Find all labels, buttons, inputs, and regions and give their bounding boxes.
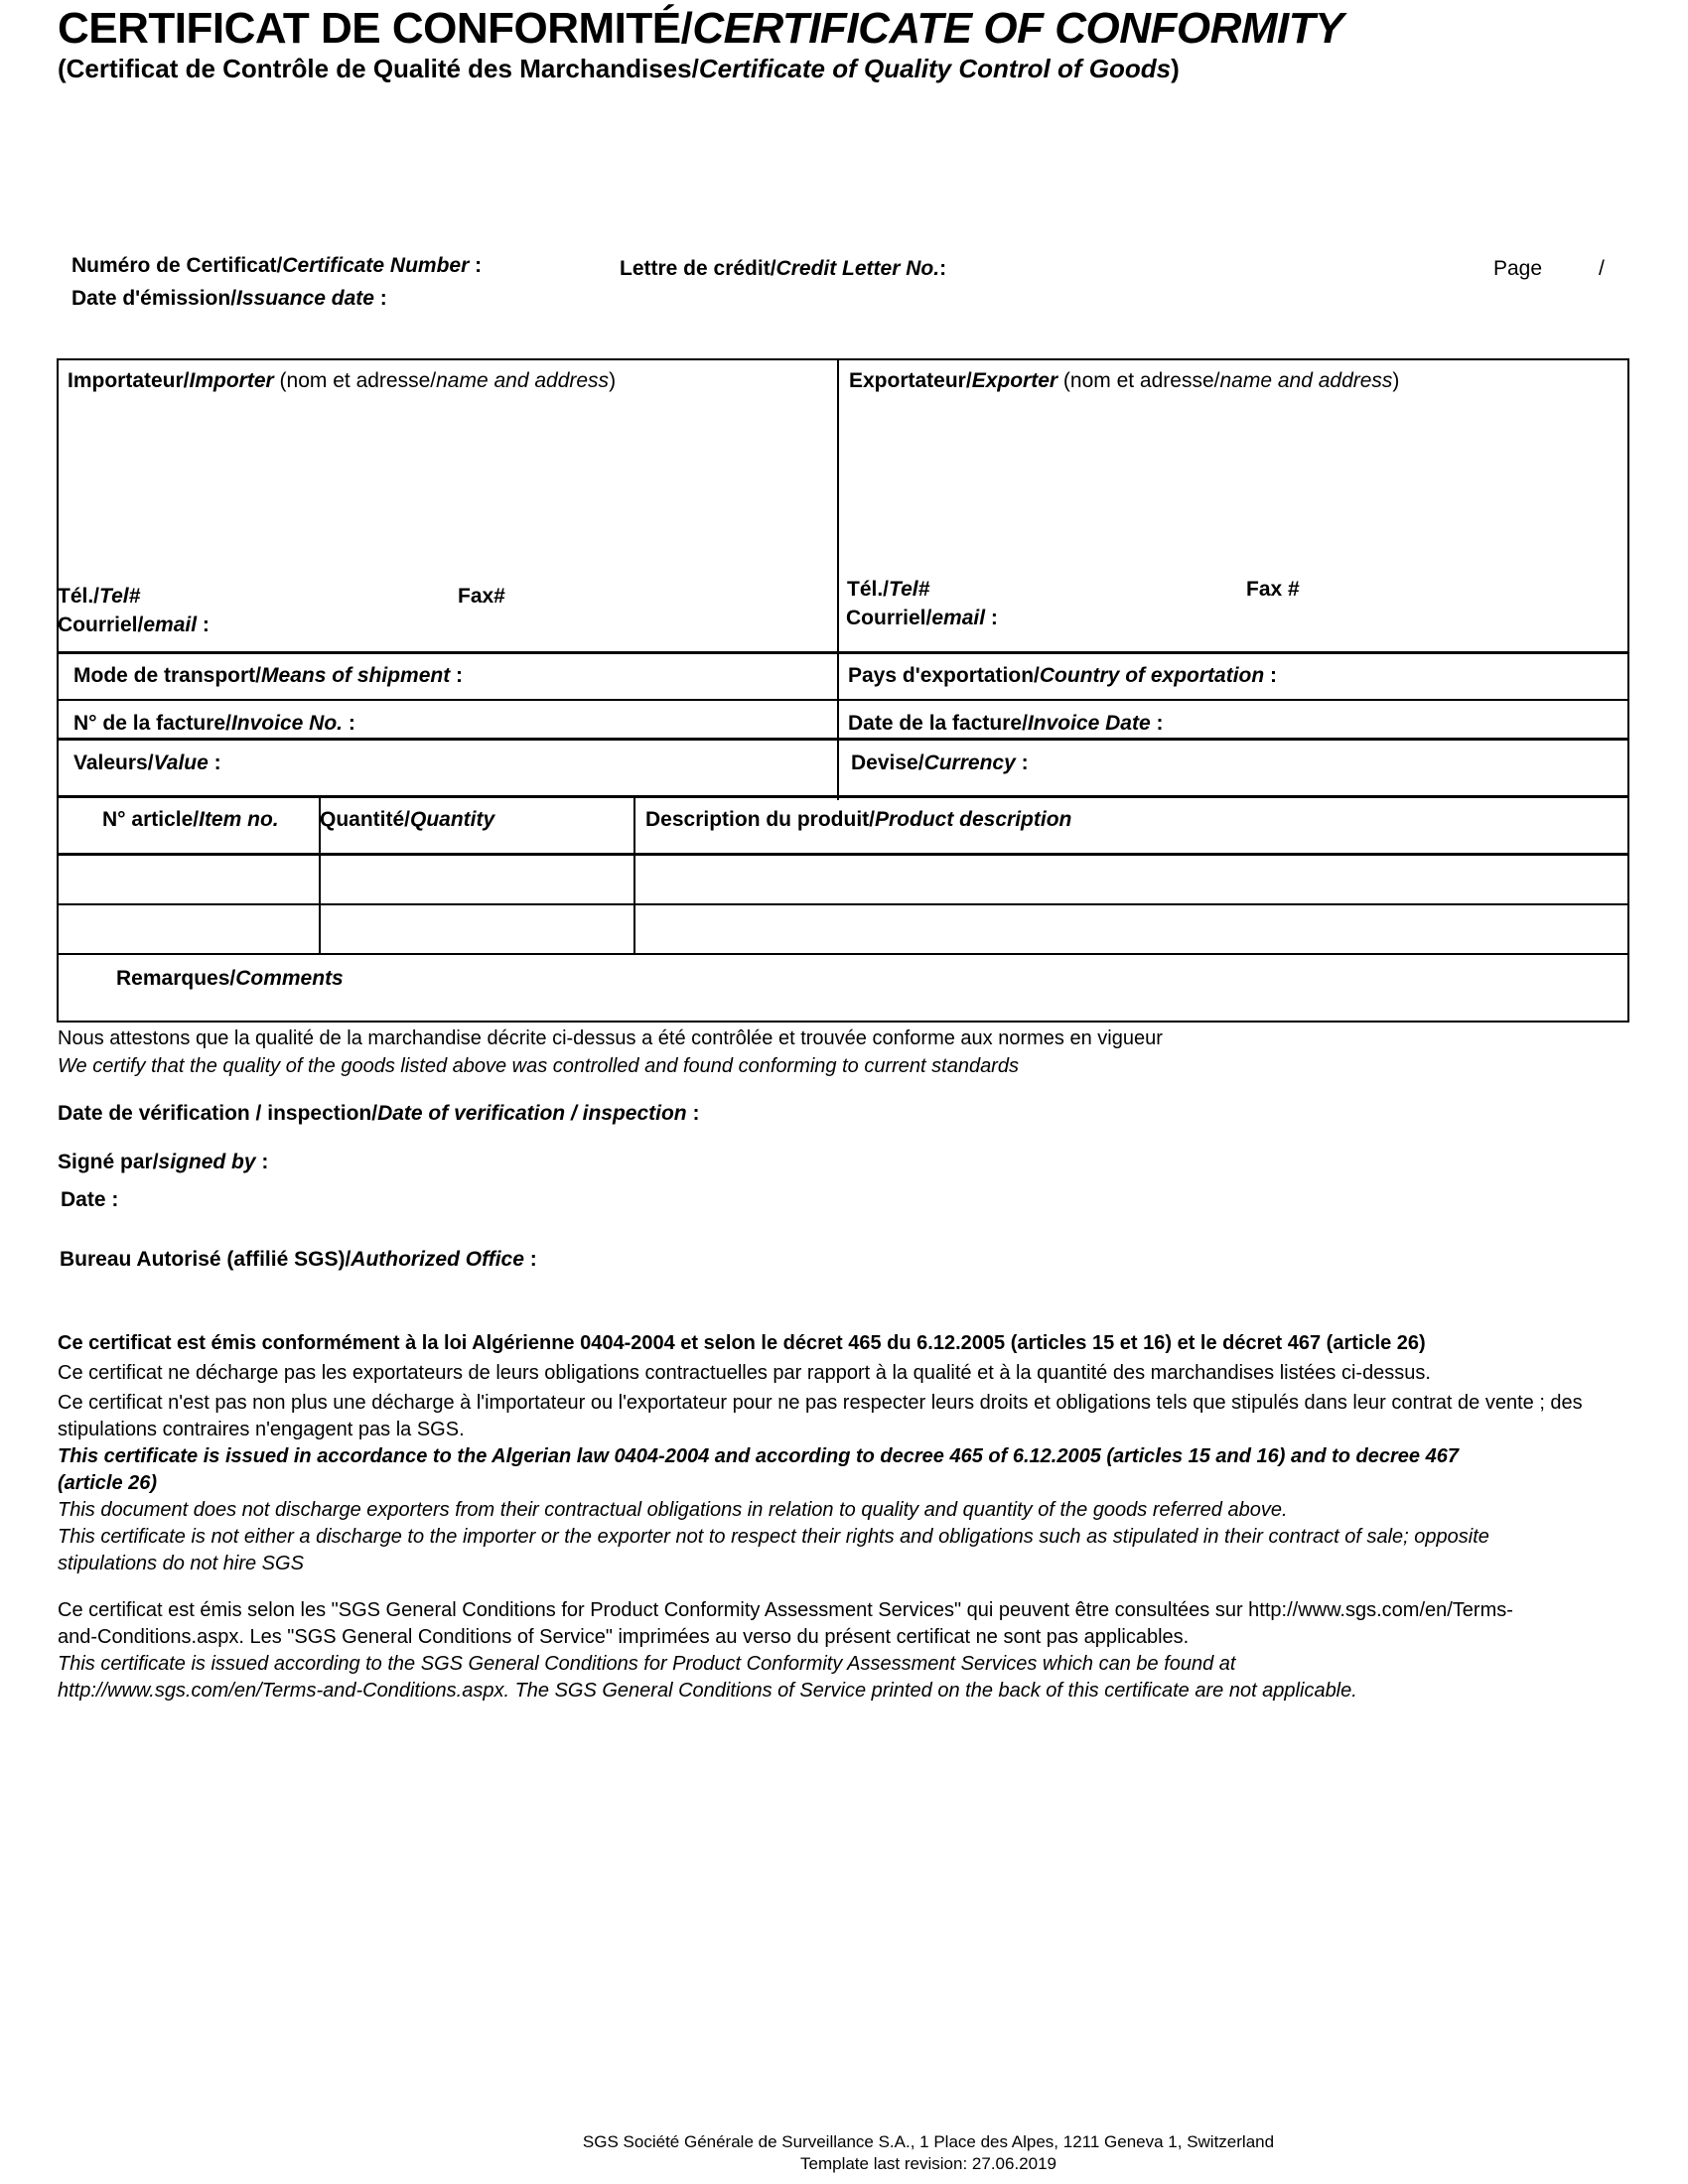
legal-paragraph-en-law: This certificate is issued in accordance… [58,1443,1487,1497]
comments-field[interactable]: Remarques/Comments [116,967,344,991]
currency-field[interactable]: Devise/Currency : [851,751,1029,775]
colon: : [985,607,998,629]
credit-letter-field[interactable]: Lettre de crédit/Credit Letter No.: [620,257,946,281]
email-label-fr: Courriel/ [58,614,143,636]
issuance-date-label-en: Issuance date [236,287,374,310]
office-label-fr: Bureau Autorisé (affilié SGS)/ [60,1248,351,1271]
divider [57,651,1629,654]
footer-address: SGS Société Générale de Surveillance S.A… [0,2132,1688,2152]
invoice-number-label-en: Invoice No. [231,712,343,735]
importer-fax-field[interactable]: Fax# [458,585,505,609]
colon: : [469,254,482,277]
page-separator: / [1599,257,1605,281]
colon: : [374,287,387,310]
attestation-french: Nous attestons que la qualité de la marc… [58,1027,1163,1050]
divider [57,699,1629,701]
country-of-exportation-field[interactable]: Pays d'exportation/Country of exportatio… [848,664,1277,688]
value-label-fr: Valeurs/ [73,751,154,774]
invoice-date-label-fr: Date de la facture/ [848,712,1028,735]
table-cell-quantity[interactable] [321,905,633,952]
divider [57,738,1629,741]
quantity-label-fr: Quantité/ [320,808,410,831]
colon: : [524,1248,537,1271]
colon: : [1016,751,1029,774]
table-cell-item-no[interactable] [59,856,318,902]
legal-notice: Ce certificat est émis conformément à la… [58,1330,1636,1705]
exporter-paren-fr: (nom et adresse/ [1057,369,1219,392]
subtitle-english: Certificate of Quality Control of Goods [699,54,1171,83]
colon: : [939,257,946,280]
invoice-number-field[interactable]: N° de la facture/Invoice No. : [73,712,355,736]
issuance-date-label-fr: Date d'émission/ [71,287,236,310]
document-subtitle: (Certificat de Contrôle de Qualité des M… [58,54,1180,84]
column-header-description: Description du produit/Product descripti… [645,808,1071,832]
transport-label-en: Means of shipment [261,664,450,687]
footer-revision-text: Template last revision: 27.06.2019 [800,2154,1056,2174]
subtitle-close: ) [1171,54,1180,83]
item-no-label-en: Item no. [199,808,279,831]
table-cell-item-no[interactable] [59,905,318,952]
importer-paren-en: name and address [436,369,609,392]
table-cell-quantity[interactable] [321,856,633,902]
comments-label-fr: Remarques/ [116,967,235,990]
signed-by-field[interactable]: Signé par/signed by : [58,1151,268,1174]
country-label-en: Country of exportation [1040,664,1264,687]
colon: : [256,1151,269,1173]
page-label: Page [1493,257,1542,281]
email-label-fr: Courriel/ [846,607,931,629]
exporter-paren-en: name and address [1219,369,1392,392]
quantity-label-en: Quantity [410,808,494,831]
legal-paragraph-fr-importer: Ce certificat n'est pas non plus une déc… [58,1390,1626,1443]
colon: : [1151,712,1164,735]
transport-label-fr: Mode de transport/ [73,664,261,687]
importer-paren-fr: (nom et adresse/ [274,369,436,392]
footer-revision: Template last revision: 27.06.2019 [0,2154,1688,2174]
email-label-en: email [931,607,985,629]
description-label-en: Product description [875,808,1071,831]
subtitle-french: (Certificat de Contrôle de Qualité des M… [58,54,699,83]
signed-by-label-fr: Signé par/ [58,1151,159,1173]
title-english: CERTIFICATE OF CONFORMITY [692,4,1343,53]
colon: : [343,712,355,735]
colon: : [687,1102,700,1125]
importer-label-en: Importer [190,369,274,392]
signature-date-field[interactable]: Date : [61,1188,118,1212]
email-label-en: email [143,614,197,636]
exporter-fax-field[interactable]: Fax # [1246,578,1300,602]
tel-label-fr: Tél./ [58,585,99,608]
tel-label-en: Tel# [889,578,929,601]
comments-label-en: Comments [235,967,344,990]
country-label-fr: Pays d'exportation/ [848,664,1040,687]
divider [57,953,1629,955]
exporter-email-field[interactable]: Courriel/email : [846,607,998,630]
currency-label-fr: Devise/ [851,751,924,774]
verification-label-en: Date of verification / inspection [377,1102,687,1125]
attestation-english: We certify that the quality of the goods… [58,1055,1019,1078]
table-cell-description[interactable] [635,905,1626,952]
legal-paragraph-en-conditions: This certificate is issued according to … [58,1651,1448,1705]
shipment-divider [837,652,839,797]
title-french: CERTIFICAT DE CONFORMITÉ/ [58,4,692,53]
means-of-shipment-field[interactable]: Mode de transport/Means of shipment : [73,664,463,688]
paren-close: ) [1392,369,1399,392]
importer-block[interactable]: Importateur/Importer (nom et adresse/nam… [68,369,616,393]
office-label-en: Authorized Office [351,1248,524,1271]
legal-paragraph-en-discharge: This document does not discharge exporte… [58,1497,1636,1524]
importer-tel-field[interactable]: Tél./Tel# [58,585,140,609]
table-cell-description[interactable] [635,856,1626,902]
authorized-office-field[interactable]: Bureau Autorisé (affilié SGS)/Authorized… [60,1248,537,1272]
legal-paragraph-fr-discharge: Ce certificat ne décharge pas les export… [58,1360,1636,1387]
value-field[interactable]: Valeurs/Value : [73,751,221,775]
importer-label-fr: Importateur/ [68,369,190,392]
credit-letter-label-fr: Lettre de crédit/ [620,257,776,280]
exporter-block[interactable]: Exportateur/Exporter (nom et adresse/nam… [849,369,1399,393]
tel-label-en: Tel# [99,585,140,608]
certificate-number-label-en: Certificate Number [282,254,469,277]
legal-paragraph-fr-law: Ce certificat est émis conformément à la… [58,1330,1636,1357]
invoice-date-label-en: Invoice Date [1028,712,1151,735]
invoice-number-label-fr: N° de la facture/ [73,712,231,735]
exporter-label-fr: Exportateur/ [849,369,972,392]
credit-letter-label-en: Credit Letter No. [776,257,940,280]
certificate-number-field[interactable]: Numéro de Certificat/Certificate Number … [71,254,482,278]
item-no-label-fr: N° article/ [102,808,199,831]
importer-email-field[interactable]: Courriel/email : [58,614,210,637]
footer-address-text: SGS Société Générale de Surveillance S.A… [583,2132,1274,2152]
exporter-tel-field[interactable]: Tél./Tel# [847,578,929,602]
tel-label-fr: Tél./ [847,578,889,601]
paren-close: ) [609,369,616,392]
value-label-en: Value [154,751,209,774]
legal-paragraph-en-importer: This certificate is not either a dischar… [58,1524,1507,1577]
column-header-item-no: N° article/Item no. [102,808,279,832]
colon: : [209,751,221,774]
colon: : [1264,664,1277,687]
currency-label-en: Currency [924,751,1016,774]
invoice-date-field[interactable]: Date de la facture/Invoice Date : [848,712,1163,736]
verification-date-field[interactable]: Date de vérification / inspection/Date o… [58,1102,699,1126]
colon: : [197,614,210,636]
certificate-number-label-fr: Numéro de Certificat/ [71,254,282,277]
exporter-label-en: Exporter [972,369,1057,392]
legal-paragraph-fr-conditions: Ce certificat est émis selon les "SGS Ge… [58,1597,1517,1651]
divider [57,795,1629,798]
document-title: CERTIFICAT DE CONFORMITÉ/CERTIFICATE OF … [58,4,1343,54]
column-header-quantity: Quantité/Quantity [320,808,494,832]
colon: : [450,664,463,687]
description-label-fr: Description du produit/ [645,808,875,831]
verification-label-fr: Date de vérification / inspection/ [58,1102,377,1125]
issuance-date-field[interactable]: Date d'émission/Issuance date : [71,287,387,311]
signed-by-label-en: signed by [159,1151,256,1173]
